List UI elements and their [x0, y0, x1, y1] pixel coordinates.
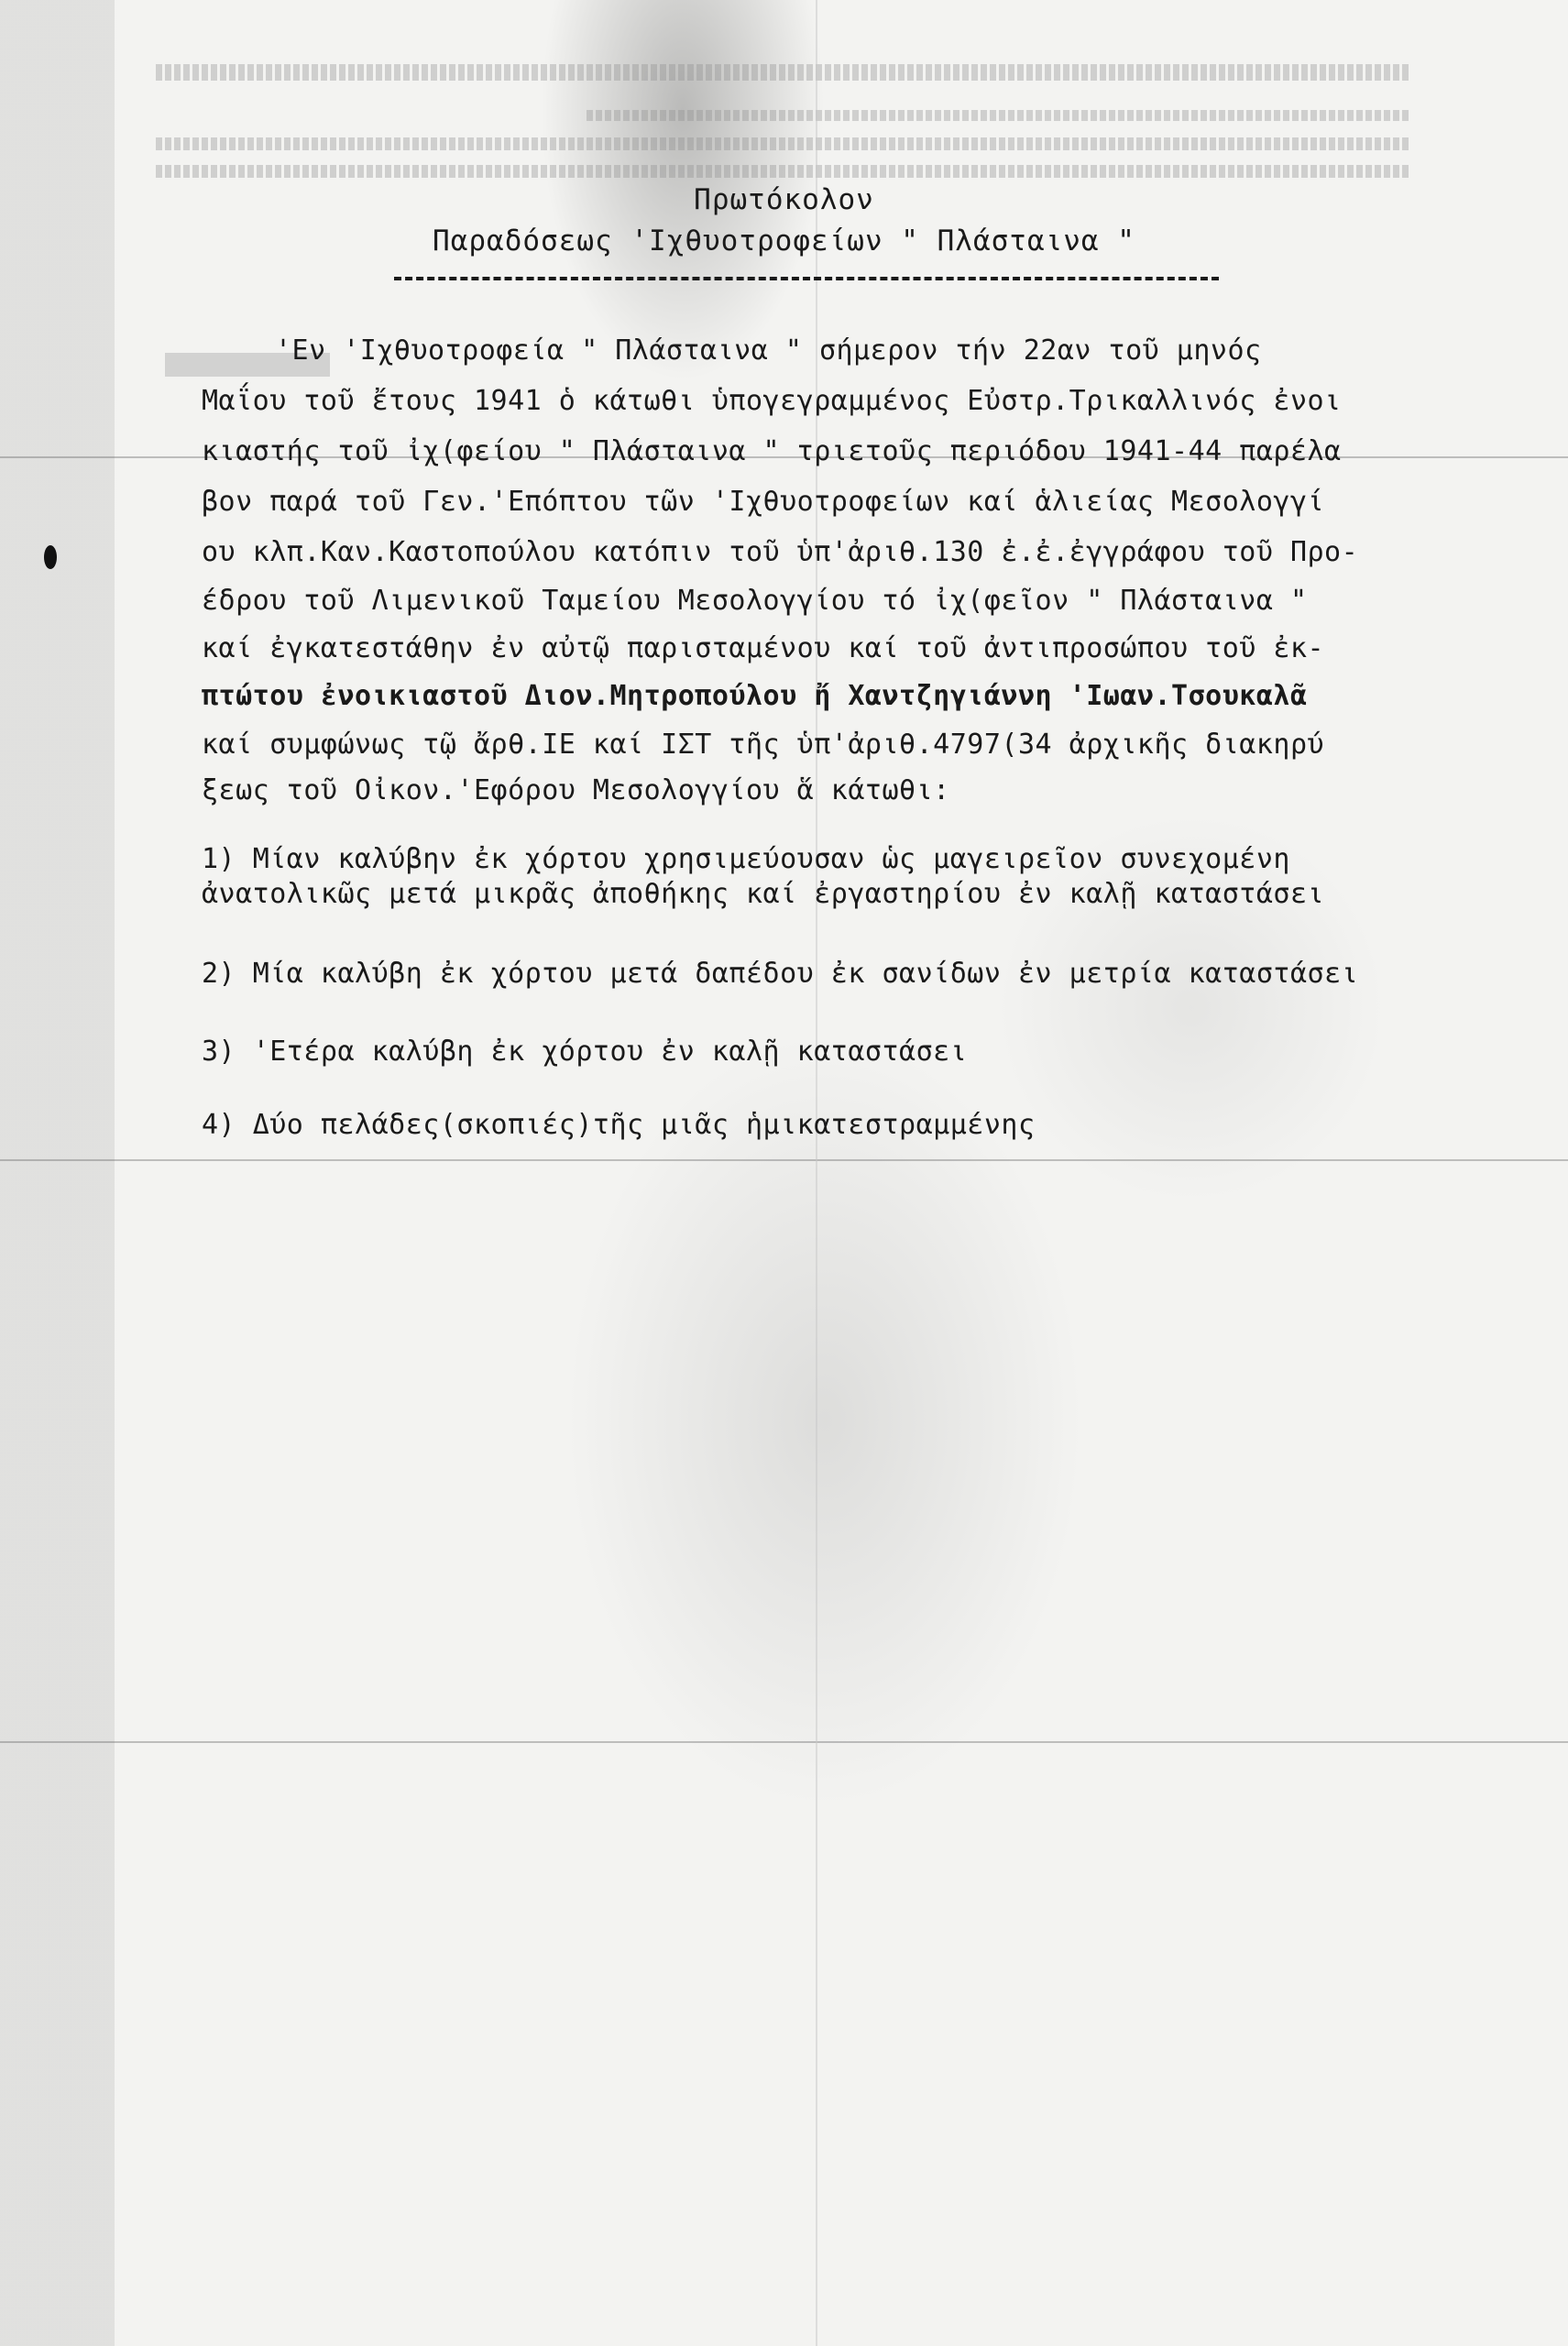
- text-line: έδρου τοῦ Λιμενικοῦ Ταμείου Μεσολογγίου …: [202, 585, 1308, 617]
- paper-fold: [0, 1159, 1568, 1161]
- bleed-through-letterhead: [587, 110, 1411, 121]
- title-underline: [394, 277, 1219, 280]
- document-title: Πρωτόκολον: [0, 183, 1568, 216]
- list-item-2: 2) Μία καλύβη ἐκ χόρτου μετά δαπέδου ἐκ …: [202, 958, 1358, 990]
- text-line: καί συμφώνως τῷ ἄρθ.ΙΕ καί ΙΣΤ τῆς ὑπ'ἀρ…: [202, 729, 1324, 761]
- list-item-4: 4) Δύο πελάδες(σκοπιές)τῆς μιᾶς ἡμικατεσ…: [202, 1109, 1036, 1141]
- item-number: 4): [202, 1109, 236, 1141]
- item-text: 'Ετέρα καλύβη ἐκ χόρτου ἐν καλῇ καταστάσ…: [253, 1036, 968, 1068]
- text-line: πτώτου ἐνοικιαστοῦ Διον.Μητροπούλου ἤ Χα…: [202, 680, 1308, 712]
- ink-mark: [44, 545, 57, 569]
- text-line: ξεως τοῦ Οἰκον.'Εφόρου Μεσολογγίου ἅ κάτ…: [202, 774, 950, 806]
- text-line: κιαστής τοῦ ἰχ(φείου " Πλάσταινα " τριετ…: [202, 435, 1342, 467]
- list-item-3: 3) 'Ετέρα καλύβη ἐκ χόρτου ἐν καλῇ κατασ…: [202, 1036, 967, 1068]
- item-number: 2): [202, 958, 236, 990]
- text-line: καί ἐγκατεστάθην ἐν αὐτῷ παρισταμένου κα…: [202, 632, 1324, 664]
- bleed-through-letterhead: [156, 137, 1411, 150]
- item-text: Δύο πελάδες(σκοπιές)τῆς μιᾶς ἡμικατεστρα…: [253, 1109, 1036, 1141]
- text-line: ου κλπ.Καν.Καστοπούλου κατόπιν τοῦ ὑπ'ἀρ…: [202, 536, 1358, 568]
- text-line: 'Εν 'Ιχθυοτροφεία " Πλάσταινα " σήμερον …: [275, 334, 1262, 367]
- text-line: βον παρά τοῦ Γεν.'Επόπτου τῶν 'Ιχθυοτροφ…: [202, 486, 1324, 518]
- item-number: 3): [202, 1036, 236, 1068]
- bleed-through-letterhead: [156, 64, 1411, 81]
- text-line: Μαΐου τοῦ ἔτους 1941 ὁ κάτωθι ὑπογεγραμμ…: [202, 385, 1342, 417]
- list-item-1: 1) Μίαν καλύβην ἐκ χόρτου χρησιμεύουσαν …: [202, 843, 1290, 875]
- bleed-through-letterhead: [156, 165, 1411, 178]
- document-subtitle: Παραδόσεως 'Ιχθυοτροφείων " Πλάσταινα ": [0, 225, 1568, 258]
- item-number: 1): [202, 843, 236, 875]
- paper-fold: [0, 1741, 1568, 1743]
- list-item-1-cont: ἀνατολικῶς μετά μικρᾶς ἀποθήκης καί ἐργα…: [202, 878, 1324, 910]
- item-text: Μίαν καλύβην ἐκ χόρτου χρησιμεύουσαν ὡς …: [253, 843, 1290, 875]
- item-text: Μία καλύβη ἐκ χόρτου μετά δαπέδου ἐκ σαν…: [253, 958, 1359, 990]
